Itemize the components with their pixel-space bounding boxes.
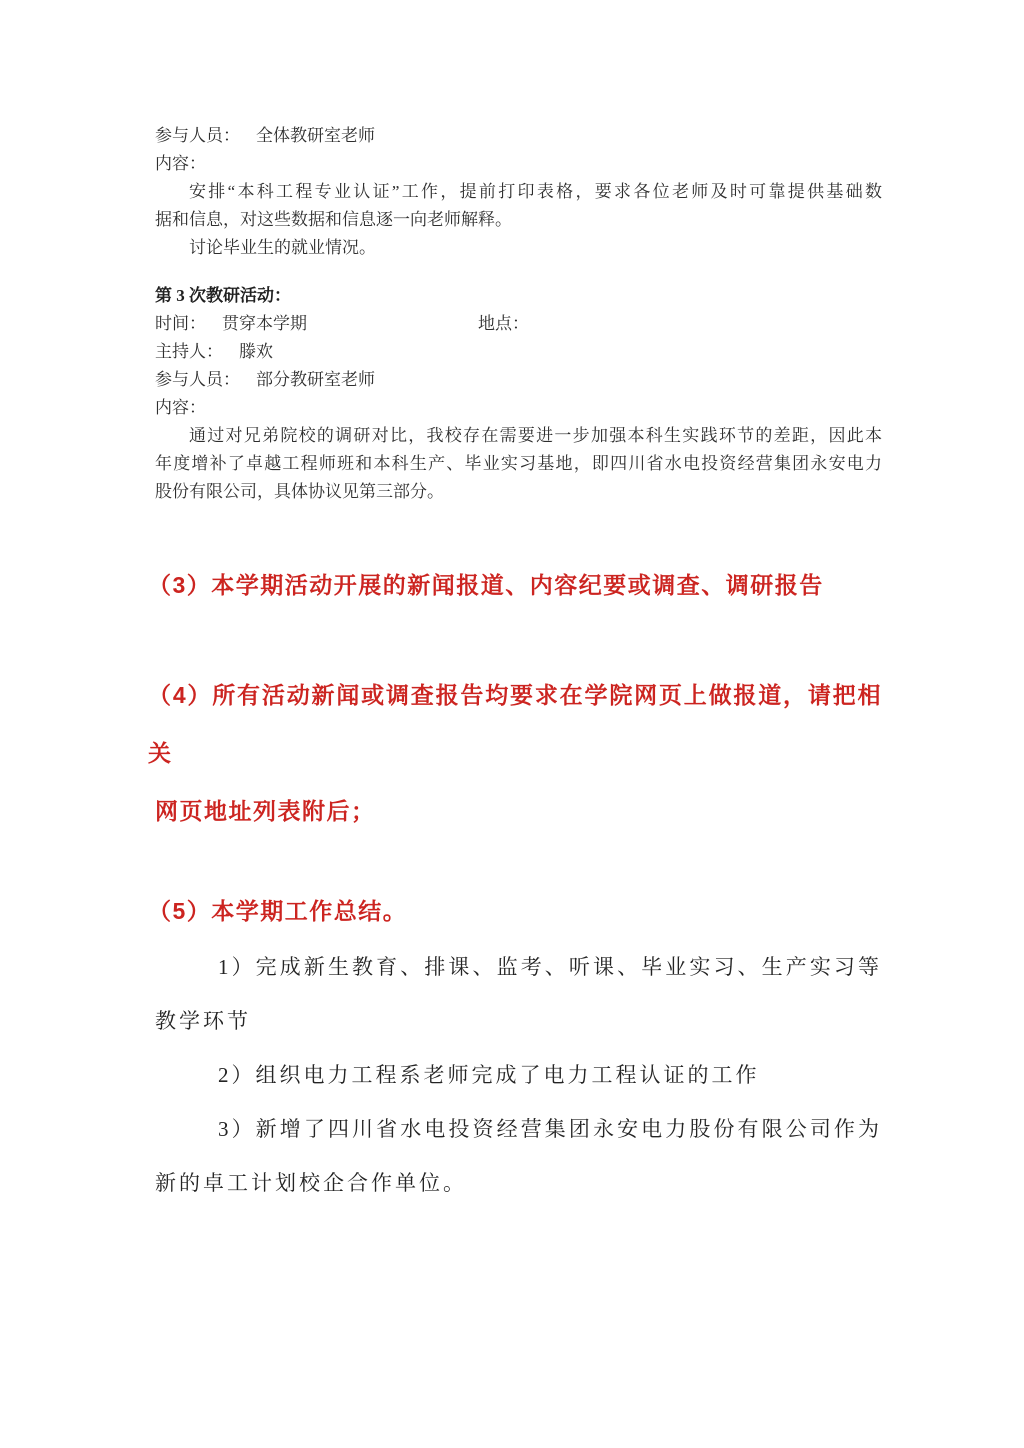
time-value: 贯穿本学期 [222,314,307,333]
activity3-host-line: 主持人：滕欢 [155,338,882,366]
red-heading-5-text: （5）本学期工作总结。 [148,882,882,940]
summary-item-1-line1: 1）完成新生教育、排课、监考、听课、毕业实习、生产实习等 [155,940,882,994]
red-heading-3-text: （3）本学期活动开展的新闻报道、内容纪要或调查、调研报告 [148,556,882,614]
participants-value: 部分教研室老师 [256,370,375,389]
activity2-paragraph-line3: 讨论毕业生的就业情况。 [155,234,882,262]
activity2-content-label: 内容： [155,150,882,178]
summary-item-3-line2: 新的卓工计划校企合作单位。 [155,1156,882,1210]
activity3-paragraph: 通过对兄弟院校的调研对比，我校存在需要进一步加强本科生实践环节的差距，因此本 年… [155,422,882,506]
activity2-paragraph-line1: 安排“本科工程专业认证”工作，提前打印表格，要求各位老师及时可靠提供基础数 [155,178,882,206]
host-label: 主持人： [155,342,223,361]
summary-item-2-line1: 2）组织电力工程系老师完成了电力工程认证的工作 [155,1048,882,1102]
activity3-section: 第 3 次教研活动： 时间：贯穿本学期 地点： 主持人：滕欢 参与人员：部分教研… [155,282,882,506]
red-heading-3: （3）本学期活动开展的新闻报道、内容纪要或调查、调研报告 [148,556,882,614]
activity3-paragraph-line1: 通过对兄弟院校的调研对比，我校存在需要进一步加强本科生实践环节的差距，因此本 [155,422,882,450]
activity2-paragraph-line2: 据和信息，对这些数据和信息逐一向老师解释。 [155,206,882,234]
activity3-participants-line: 参与人员：部分教研室老师 [155,366,882,394]
summary-list: 1）完成新生教育、排课、监考、听课、毕业实习、生产实习等 教学环节 2）组织电力… [155,940,882,1210]
host-value: 滕欢 [239,342,273,361]
activity3-heading: 第 3 次教研活动： [155,282,882,310]
document-page: 参与人员：全体教研室老师 内容： 安排“本科工程专业认证”工作，提前打印表格，要… [0,0,1024,1448]
activity2-paragraph: 安排“本科工程专业认证”工作，提前打印表格，要求各位老师及时可靠提供基础数 据和… [155,178,882,262]
summary-item-3: 3）新增了四川省水电投资经营集团永安电力股份有限公司作为 新的卓工计划校企合作单… [155,1102,882,1210]
activity2-participants-line: 参与人员：全体教研室老师 [155,122,882,150]
summary-item-2: 2）组织电力工程系老师完成了电力工程认证的工作 [155,1048,882,1102]
summary-item-3-line1: 3）新增了四川省水电投资经营集团永安电力股份有限公司作为 [155,1102,882,1156]
activity2-section: 参与人员：全体教研室老师 内容： 安排“本科工程专业认证”工作，提前打印表格，要… [155,0,882,262]
time-label: 时间： [155,314,206,333]
red-heading-4-line1: （4）所有活动新闻或调查报告均要求在学院网页上做报道，请把相关 [148,666,882,782]
activity3-time-line: 时间：贯穿本学期 地点： [155,310,882,338]
red-heading-4: （4）所有活动新闻或调查报告均要求在学院网页上做报道，请把相关 网页地址列表附后… [148,666,882,840]
red-heading-5: （5）本学期工作总结。 [148,882,882,940]
document-content: 参与人员：全体教研室老师 内容： 安排“本科工程专业认证”工作，提前打印表格，要… [155,0,882,1210]
activity3-content-label: 内容： [155,394,882,422]
participants-label: 参与人员： [155,126,240,145]
place-label: 地点： [478,310,529,338]
summary-item-1-line2: 教学环节 [155,994,882,1048]
summary-item-1: 1）完成新生教育、排课、监考、听课、毕业实习、生产实习等 教学环节 [155,940,882,1048]
activity3-paragraph-line2: 年度增补了卓越工程师班和本科生产、毕业实习基地，即四川省水电投资经营集团永安电力 [155,450,882,478]
red-heading-4-line2: 网页地址列表附后； [148,782,882,840]
participants-label: 参与人员： [155,370,240,389]
participants-value: 全体教研室老师 [256,126,375,145]
activity3-paragraph-line3: 股份有限公司，具体协议见第三部分。 [155,478,882,506]
